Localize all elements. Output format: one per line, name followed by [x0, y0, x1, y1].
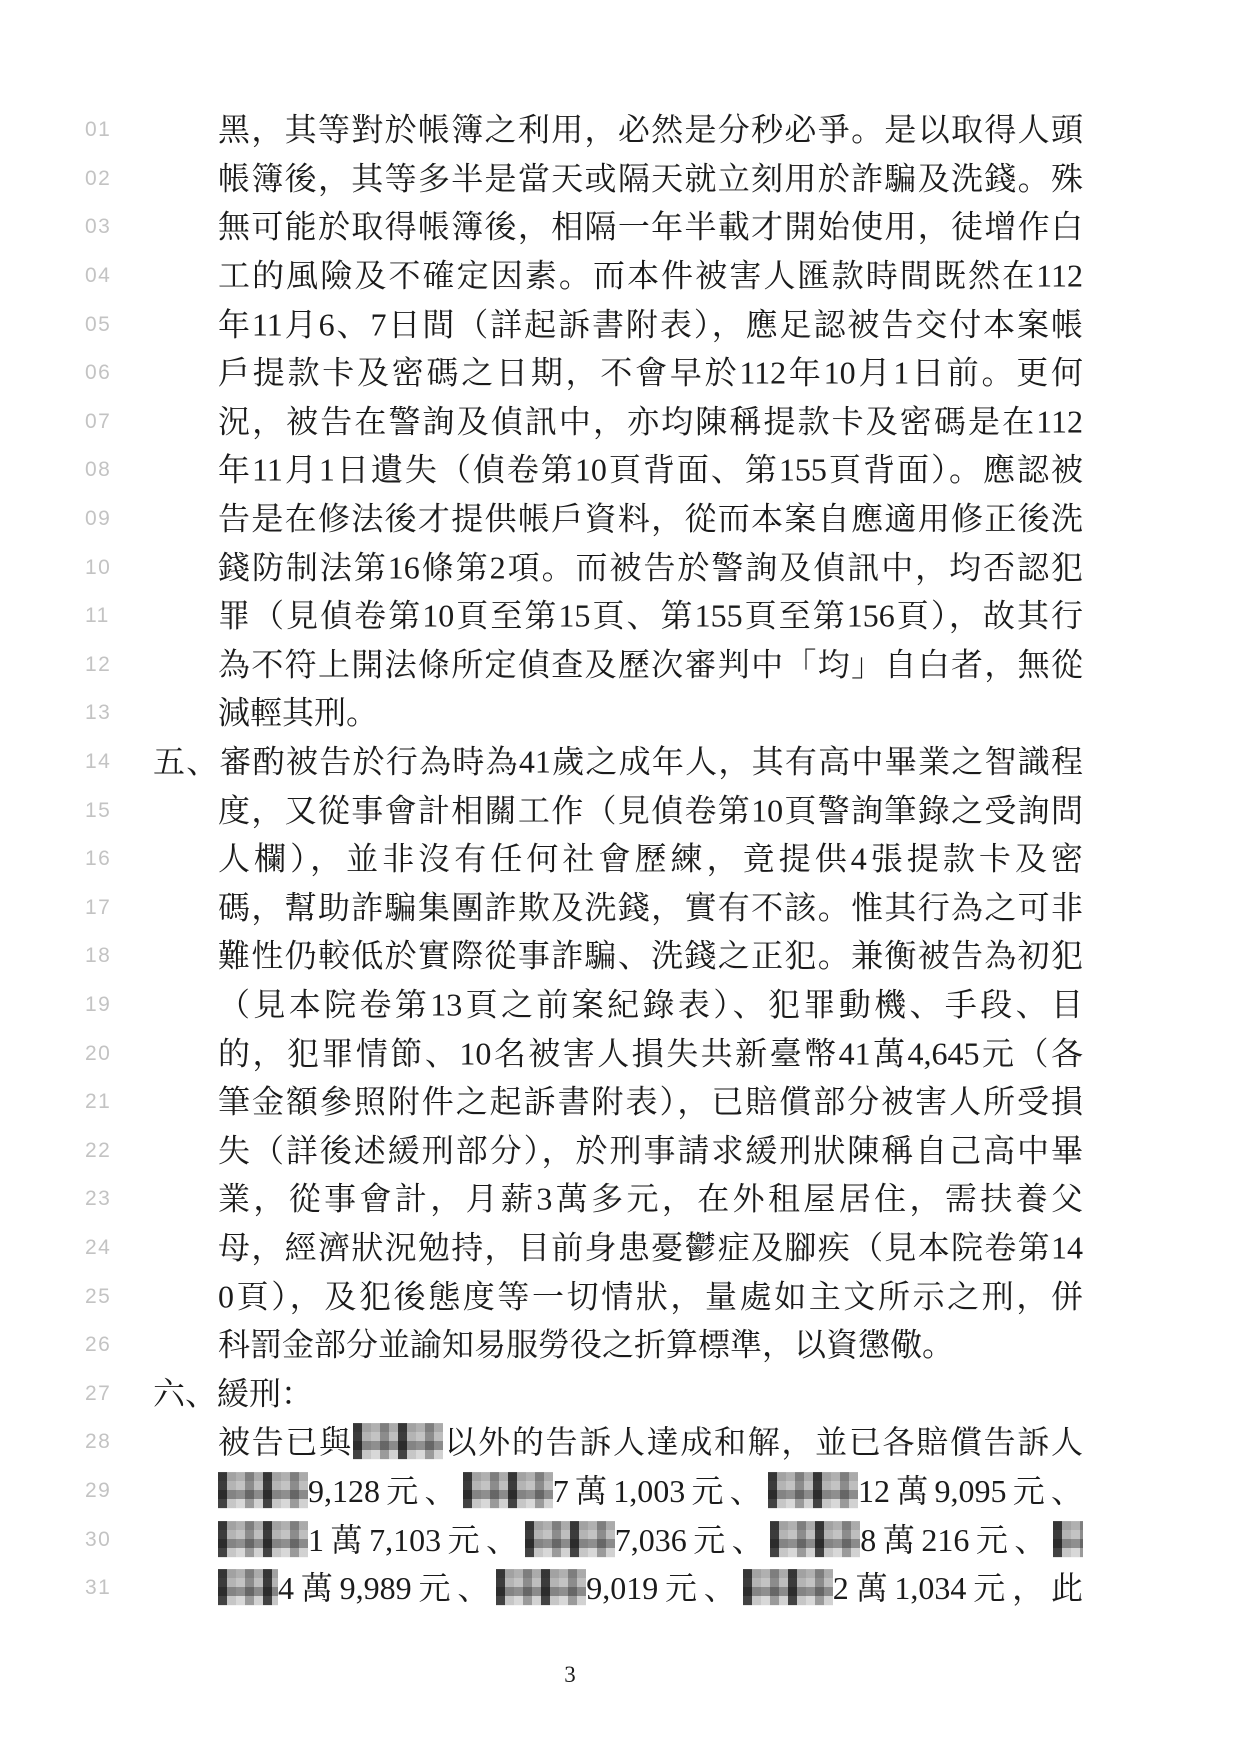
line-number: 16: [85, 847, 111, 871]
text-segment: 帳簿後，其等多半是當天或隔天就立刻用於詐騙及洗錢。殊: [218, 160, 1083, 196]
document-line: 301萬7,103元、7,036元、8萬216元、: [0, 1515, 1240, 1564]
document-line: 01黑，其等對於帳簿之利用，必然是分秒必爭。是以取得人頭: [0, 106, 1240, 155]
text-segment: 戶提款卡及密碼之日期，不會早於112年10月1日前。更何: [218, 355, 1083, 391]
text-segment: 2萬1,034元，此: [833, 1570, 1083, 1606]
line-text: 黑，其等對於帳簿之利用，必然是分秒必爭。是以取得人頭: [218, 112, 1083, 149]
text-segment: 的，犯罪情節、10名被害人損失共新臺幣41萬4,645元（各: [218, 1035, 1083, 1071]
line-number: 04: [85, 264, 111, 288]
line-number: 28: [85, 1430, 111, 1454]
line-text: 碼，幫助詐騙集團詐欺及洗錢，實有不該。惟其行為之可非: [218, 889, 1083, 926]
line-number: 02: [85, 167, 111, 191]
line-text: 0頁），及犯後態度等一切情狀，量處如主文所示之刑，併: [218, 1278, 1083, 1315]
line-text: 六、緩刑：: [153, 1375, 1083, 1412]
line-number: 24: [85, 1236, 111, 1260]
document-line: 04工的風險及不確定因素。而本件被害人匯款時間既然在112: [0, 252, 1240, 301]
text-segment: 9,128元、: [308, 1473, 463, 1509]
line-text: 難性仍較低於實際從事詐騙、洗錢之正犯。兼衡被告為初犯: [218, 938, 1083, 975]
document-line: 17碼，幫助詐騙集團詐欺及洗錢，實有不該。惟其行為之可非: [0, 884, 1240, 933]
document-line: 02帳簿後，其等多半是當天或隔天就立刻用於詐騙及洗錢。殊: [0, 155, 1240, 204]
line-number: 29: [85, 1479, 111, 1503]
text-segment: 工的風險及不確定因素。而本件被害人匯款時間既然在112: [218, 258, 1083, 294]
line-number: 09: [85, 507, 111, 531]
line-text: 失（詳後述緩刑部分），於刑事請求緩刑狀陳稱自己高中畢: [218, 1132, 1083, 1169]
line-number: 27: [85, 1382, 111, 1406]
line-number: 11: [85, 604, 110, 628]
text-segment: 失（詳後述緩刑部分），於刑事請求緩刑狀陳稱自己高中畢: [218, 1132, 1083, 1168]
document-line: 14五、審酌被告於行為時為41歲之成年人，其有高中畢業之智識程: [0, 738, 1240, 787]
text-segment: 9,019元、: [586, 1570, 743, 1606]
document-line: 23業，從事會計，月薪3萬多元，在外租屋居住，需扶養父: [0, 1175, 1240, 1224]
line-number: 18: [85, 944, 111, 968]
text-segment: 年11月6、7日間（詳起訴書附表），應足認被告交付本案帳: [218, 306, 1083, 342]
document-line: 314萬9,989元、9,019元、2萬1,034元，此: [0, 1564, 1240, 1613]
text-segment: 人欄），並非沒有任何社會歷練，竟提供4張提款卡及密: [218, 841, 1083, 877]
text-segment: 科罰金部分並諭知易服勞役之折算標準，以資懲儆。: [218, 1327, 954, 1363]
line-text: 科罰金部分並諭知易服勞役之折算標準，以資懲儆。: [218, 1327, 1083, 1364]
text-segment: 無可能於取得帳簿後，相隔一年半載才開始使用，徒增作白: [218, 209, 1083, 245]
redacted-name-mosaic: [743, 1569, 833, 1605]
text-segment: 錢防制法第16條第2項。而被告於警詢及偵訊中，均否認犯: [218, 549, 1083, 585]
text-segment: 況，被告在警詢及偵訊中，亦均陳稱提款卡及密碼是在112: [218, 403, 1083, 439]
text-segment: 7,036元、: [615, 1522, 771, 1558]
text-segment: 告是在修法後才提供帳戶資料，從而本案自應適用修正後洗: [218, 501, 1083, 537]
page-footer: 3: [0, 1662, 1140, 1688]
line-text: 年11月1日遺失（偵卷第10頁背面、第155頁背面）。應認被: [218, 452, 1083, 489]
line-text: 為不符上開法條所定偵查及歷次審判中「均」自白者，無從: [218, 646, 1083, 683]
document-line: 03無可能於取得帳簿後，相隔一年半載才開始使用，徒增作白: [0, 203, 1240, 252]
line-number: 03: [85, 215, 111, 239]
text-segment: 度，又從事會計相關工作（見偵卷第10頁警詢筆錄之受詢問: [218, 792, 1083, 828]
text-segment: 4萬9,989元、: [278, 1570, 496, 1606]
line-text: 的，犯罪情節、10名被害人損失共新臺幣41萬4,645元（各: [218, 1035, 1083, 1072]
redacted-name-mosaic: [770, 1521, 860, 1557]
text-segment: 減輕其刑。: [218, 695, 378, 731]
line-text: 罪（見偵卷第10頁至第15頁、第155頁至第156頁），故其行: [218, 598, 1083, 635]
text-segment: 六、緩刑：: [153, 1375, 313, 1411]
line-text: 錢防制法第16條第2項。而被告於警詢及偵訊中，均否認犯: [218, 549, 1083, 586]
line-number: 08: [85, 458, 111, 482]
line-number: 31: [85, 1576, 111, 1600]
line-text: 9,128元、7萬1,003元、12萬9,095元、: [218, 1472, 1083, 1510]
document-body: 01黑，其等對於帳簿之利用，必然是分秒必爭。是以取得人頭02帳簿後，其等多半是當…: [0, 106, 1240, 1612]
line-number: 13: [85, 701, 111, 725]
redacted-name-mosaic: [218, 1521, 308, 1557]
document-line: 15度，又從事會計相關工作（見偵卷第10頁警詢筆錄之受詢問: [0, 786, 1240, 835]
line-text: 戶提款卡及密碼之日期，不會早於112年10月1日前。更何: [218, 355, 1083, 392]
document-line: 11罪（見偵卷第10頁至第15頁、第155頁至第156頁），故其行: [0, 592, 1240, 641]
line-text: 1萬7,103元、7,036元、8萬216元、: [218, 1521, 1083, 1559]
line-number: 15: [85, 799, 111, 823]
line-number: 07: [85, 410, 111, 434]
line-number: 20: [85, 1042, 111, 1066]
redacted-name-mosaic: [496, 1569, 586, 1605]
document-line: 21筆金額參照附件之起訴書附表），已賠償部分被害人所受損: [0, 1078, 1240, 1127]
text-segment: 五、審酌被告於行為時為41歲之成年人，其有高中畢業之智識程: [153, 744, 1083, 780]
line-number: 05: [85, 313, 111, 337]
line-text: 母，經濟狀況勉持，目前身患憂鬱症及腳疾（見本院卷第14: [218, 1230, 1083, 1267]
line-number: 01: [85, 118, 111, 142]
text-segment: 難性仍較低於實際從事詐騙、洗錢之正犯。兼衡被告為初犯: [218, 938, 1083, 974]
judgment-page: 01黑，其等對於帳簿之利用，必然是分秒必爭。是以取得人頭02帳簿後，其等多半是當…: [0, 0, 1240, 1755]
text-segment: 7萬1,003元、: [553, 1473, 768, 1509]
line-number: 25: [85, 1285, 111, 1309]
document-line: 24母，經濟狀況勉持，目前身患憂鬱症及腳疾（見本院卷第14: [0, 1224, 1240, 1273]
redacted-name-mosaic: [1053, 1521, 1083, 1557]
document-line: 26科罰金部分並諭知易服勞役之折算標準，以資懲儆。: [0, 1321, 1240, 1370]
line-text: 工的風險及不確定因素。而本件被害人匯款時間既然在112: [218, 258, 1083, 295]
text-segment: 年11月1日遺失（偵卷第10頁背面、第155頁背面）。應認被: [218, 452, 1083, 488]
line-text: 筆金額參照附件之起訴書附表），已賠償部分被害人所受損: [218, 1084, 1083, 1121]
text-segment: 被告已與: [218, 1424, 353, 1460]
text-segment: 8萬216元、: [860, 1522, 1053, 1558]
document-line: 299,128元、7萬1,003元、12萬9,095元、: [0, 1467, 1240, 1516]
document-line: 16人欄），並非沒有任何社會歷練，竟提供4張提款卡及密: [0, 835, 1240, 884]
text-segment: 筆金額參照附件之起訴書附表），已賠償部分被害人所受損: [218, 1084, 1083, 1120]
line-number: 06: [85, 361, 111, 385]
text-segment: （見本院卷第13頁之前案紀錄表）、犯罪動機、手段、目: [218, 987, 1083, 1023]
line-text: （見本院卷第13頁之前案紀錄表）、犯罪動機、手段、目: [218, 987, 1083, 1024]
line-text: 業，從事會計，月薪3萬多元，在外租屋居住，需扶養父: [218, 1181, 1083, 1218]
document-line: 22失（詳後述緩刑部分），於刑事請求緩刑狀陳稱自己高中畢: [0, 1126, 1240, 1175]
document-line: 10錢防制法第16條第2項。而被告於警詢及偵訊中，均否認犯: [0, 543, 1240, 592]
redacted-name-mosaic: [768, 1472, 858, 1508]
line-text: 帳簿後，其等多半是當天或隔天就立刻用於詐騙及洗錢。殊: [218, 160, 1083, 197]
text-segment: 罪（見偵卷第10頁至第15頁、第155頁至第156頁），故其行: [218, 598, 1083, 634]
text-segment: 1萬7,103元、: [308, 1522, 525, 1558]
document-line: 09告是在修法後才提供帳戶資料，從而本案自應適用修正後洗: [0, 495, 1240, 544]
text-segment: 黑，其等對於帳簿之利用，必然是分秒必爭。是以取得人頭: [218, 112, 1083, 148]
line-number: 19: [85, 993, 111, 1017]
line-number: 17: [85, 896, 111, 920]
document-line: 20的，犯罪情節、10名被害人損失共新臺幣41萬4,645元（各: [0, 1029, 1240, 1078]
document-line: 08年11月1日遺失（偵卷第10頁背面、第155頁背面）。應認被: [0, 446, 1240, 495]
line-text: 人欄），並非沒有任何社會歷練，竟提供4張提款卡及密: [218, 841, 1083, 878]
document-line: 05年11月6、7日間（詳起訴書附表），應足認被告交付本案帳: [0, 300, 1240, 349]
redacted-name-mosaic: [218, 1472, 308, 1508]
line-number: 10: [85, 556, 111, 580]
line-number: 12: [85, 653, 111, 677]
document-line: 250頁），及犯後態度等一切情狀，量處如主文所示之刑，併: [0, 1272, 1240, 1321]
line-number: 22: [85, 1139, 111, 1163]
line-text: 度，又從事會計相關工作（見偵卷第10頁警詢筆錄之受詢問: [218, 792, 1083, 829]
text-segment: 母，經濟狀況勉持，目前身患憂鬱症及腳疾（見本院卷第14: [218, 1230, 1083, 1266]
document-line: 06戶提款卡及密碼之日期，不會早於112年10月1日前。更何: [0, 349, 1240, 398]
line-number: 21: [85, 1090, 111, 1114]
redacted-name-mosaic: [463, 1472, 553, 1508]
text-segment: 為不符上開法條所定偵查及歷次審判中「均」自白者，無從: [218, 646, 1083, 682]
document-line: 19（見本院卷第13頁之前案紀錄表）、犯罪動機、手段、目: [0, 981, 1240, 1030]
text-segment: 0頁），及犯後態度等一切情狀，量處如主文所示之刑，併: [218, 1278, 1083, 1314]
text-segment: 以外的告訴人達成和解，並已各賠償告訴人: [443, 1424, 1083, 1460]
page-number: 3: [564, 1662, 576, 1687]
line-number: 14: [85, 750, 111, 774]
line-text: 告是在修法後才提供帳戶資料，從而本案自應適用修正後洗: [218, 501, 1083, 538]
document-line: 13減輕其刑。: [0, 689, 1240, 738]
line-text: 況，被告在警詢及偵訊中，亦均陳稱提款卡及密碼是在112: [218, 403, 1083, 440]
line-text: 減輕其刑。: [218, 695, 1083, 732]
document-line: 18難性仍較低於實際從事詐騙、洗錢之正犯。兼衡被告為初犯: [0, 932, 1240, 981]
line-number: 30: [85, 1528, 111, 1552]
line-text: 被告已與以外的告訴人達成和解，並已各賠償告訴人: [218, 1423, 1083, 1461]
line-number: 23: [85, 1187, 111, 1211]
text-segment: 12萬9,095元、: [858, 1473, 1083, 1509]
redacted-name-mosaic: [218, 1569, 278, 1605]
line-text: 4萬9,989元、9,019元、2萬1,034元，此: [218, 1569, 1083, 1607]
line-number: 26: [85, 1333, 111, 1357]
text-segment: 碼，幫助詐騙集團詐欺及洗錢，實有不該。惟其行為之可非: [218, 889, 1083, 925]
line-text: 無可能於取得帳簿後，相隔一年半載才開始使用，徒增作白: [218, 209, 1083, 246]
redacted-name-mosaic: [525, 1521, 615, 1557]
document-line: 28被告已與以外的告訴人達成和解，並已各賠償告訴人: [0, 1418, 1240, 1467]
line-text: 五、審酌被告於行為時為41歲之成年人，其有高中畢業之智識程: [153, 744, 1083, 781]
document-line: 27六、緩刑：: [0, 1369, 1240, 1418]
document-line: 07況，被告在警詢及偵訊中，亦均陳稱提款卡及密碼是在112: [0, 398, 1240, 447]
redacted-name-mosaic: [353, 1423, 443, 1459]
line-text: 年11月6、7日間（詳起訴書附表），應足認被告交付本案帳: [218, 306, 1083, 343]
document-line: 12為不符上開法條所定偵查及歷次審判中「均」自白者，無從: [0, 641, 1240, 690]
text-segment: 業，從事會計，月薪3萬多元，在外租屋居住，需扶養父: [218, 1181, 1083, 1217]
